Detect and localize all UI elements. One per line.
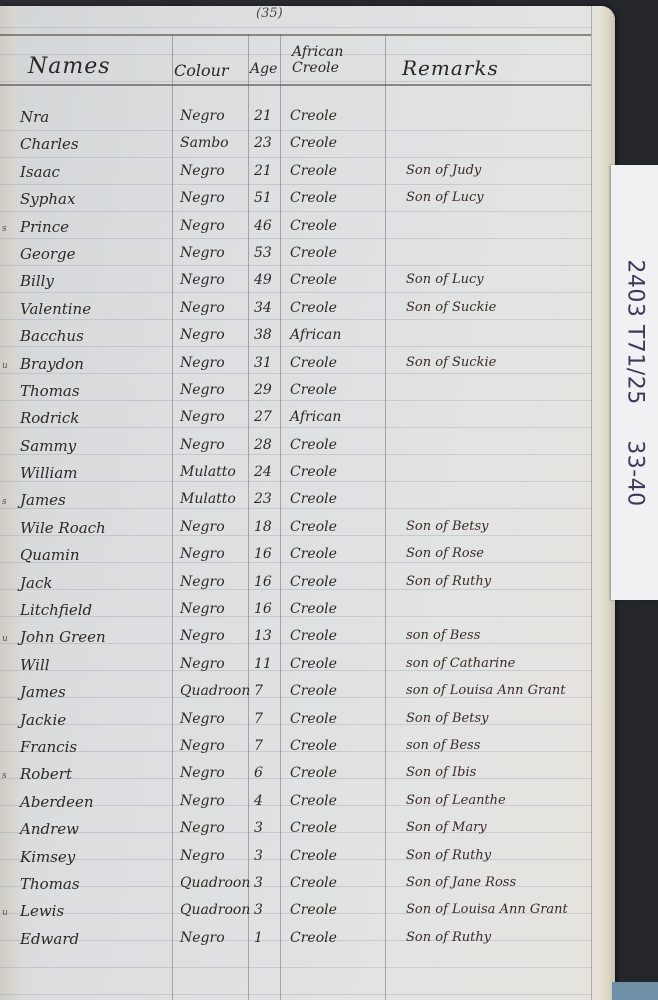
- name-cell: Rodrick: [20, 409, 79, 427]
- age-cell: 28: [254, 437, 272, 453]
- origin-cell: Creole: [290, 848, 337, 864]
- table-row: EdwardNegro1CreoleSon of Ruthy: [0, 926, 600, 953]
- name-cell: John Green: [20, 628, 106, 646]
- name-cell: Bacchus: [20, 327, 84, 345]
- origin-cell: Creole: [290, 163, 337, 179]
- origin-cell: Creole: [290, 300, 337, 316]
- table-row: NraNegro21Creole: [0, 104, 600, 131]
- colour-cell: Negro: [180, 793, 225, 809]
- name-cell: Charles: [20, 135, 79, 153]
- table-row: BacchusNegro38African: [0, 323, 600, 350]
- table-row: AndrewNegro3CreoleSon of Mary: [0, 816, 600, 843]
- name-cell: Prince: [20, 218, 69, 236]
- table-row: ThomasQuadroon3CreoleSon of Jane Ross: [0, 871, 600, 898]
- age-cell: 16: [254, 601, 272, 617]
- table-row: WillNegro11Creoleson of Catharine: [0, 652, 600, 679]
- remarks-cell: Son of Jane Ross: [406, 875, 516, 890]
- age-cell: 38: [254, 327, 272, 343]
- age-cell: 3: [254, 848, 263, 864]
- age-cell: 24: [254, 464, 272, 480]
- register-rows: NraNegro21CreoleCharlesSambo23CreoleIsaa…: [0, 104, 600, 953]
- table-row: GeorgeNegro53Creole: [0, 241, 600, 268]
- name-cell: Billy: [20, 272, 54, 290]
- colour-cell: Negro: [180, 382, 225, 398]
- margin-mark: u: [2, 361, 8, 371]
- remarks-cell: Son of Suckie: [406, 300, 496, 315]
- name-cell: Robert: [20, 765, 72, 783]
- remarks-cell: son of Bess: [406, 628, 480, 643]
- table-row: KimseyNegro3CreoleSon of Ruthy: [0, 844, 600, 871]
- origin-cell: Creole: [290, 902, 337, 918]
- age-cell: 31: [254, 355, 272, 371]
- origin-cell: Creole: [290, 738, 337, 754]
- name-cell: Thomas: [20, 875, 80, 893]
- table-row: sJamesMulatto23Creole: [0, 487, 600, 514]
- remarks-cell: Son of Ibis: [406, 765, 476, 780]
- age-cell: 7: [254, 738, 263, 754]
- colour-cell: Negro: [180, 409, 225, 425]
- colour-cell: Negro: [180, 300, 225, 316]
- origin-cell: Creole: [290, 437, 337, 453]
- table-row: ThomasNegro29Creole: [0, 378, 600, 405]
- remarks-cell: son of Bess: [406, 738, 480, 753]
- remarks-cell: Son of Mary: [406, 820, 487, 835]
- age-cell: 27: [254, 409, 272, 425]
- origin-cell: Creole: [290, 355, 337, 371]
- margin-mark: s: [2, 771, 7, 781]
- remarks-cell: Son of Rose: [406, 546, 484, 561]
- age-cell: 16: [254, 574, 272, 590]
- name-cell: George: [20, 245, 76, 263]
- archive-reference-text: 2403 T71/25 33-40: [622, 259, 647, 506]
- age-cell: 51: [254, 190, 272, 206]
- colour-cell: Negro: [180, 218, 225, 234]
- name-cell: Edward: [20, 930, 79, 948]
- table-row: uJohn GreenNegro13Creoleson of Bess: [0, 624, 600, 651]
- colour-cell: Negro: [180, 546, 225, 562]
- colour-cell: Negro: [180, 820, 225, 836]
- name-cell: Lewis: [20, 902, 64, 920]
- table-row: SyphaxNegro51CreoleSon of Lucy: [0, 186, 600, 213]
- age-cell: 23: [254, 491, 272, 507]
- origin-cell: Creole: [290, 218, 337, 234]
- colour-cell: Negro: [180, 519, 225, 535]
- header-origin: African Creole: [292, 44, 343, 76]
- age-cell: 18: [254, 519, 272, 535]
- margin-mark: s: [2, 224, 7, 234]
- origin-cell: Creole: [290, 656, 337, 672]
- name-cell: Aberdeen: [20, 793, 94, 811]
- archive-catalogue-number: 2403 T71/25: [622, 259, 647, 404]
- table-row: JackieNegro7CreoleSon of Betsy: [0, 707, 600, 734]
- age-cell: 7: [254, 683, 263, 699]
- origin-cell: Creole: [290, 546, 337, 562]
- age-cell: 3: [254, 902, 263, 918]
- table-row: LitchfieldNegro16Creole: [0, 597, 600, 624]
- archive-page-range: 33-40: [622, 440, 647, 506]
- table-row: BillyNegro49CreoleSon of Lucy: [0, 268, 600, 295]
- table-row: FrancisNegro7Creoleson of Bess: [0, 734, 600, 761]
- age-cell: 7: [254, 711, 263, 727]
- origin-cell: Creole: [290, 491, 337, 507]
- origin-cell: Creole: [290, 601, 337, 617]
- origin-cell: Creole: [290, 628, 337, 644]
- remarks-cell: Son of Ruthy: [406, 930, 491, 945]
- origin-cell: African: [290, 409, 341, 425]
- table-row: uLewisQuadroon3CreoleSon of Louisa Ann G…: [0, 898, 600, 925]
- header-rule-bottom: [0, 84, 591, 86]
- colour-cell: Negro: [180, 765, 225, 781]
- age-cell: 49: [254, 272, 272, 288]
- table-row: sPrinceNegro46Creole: [0, 214, 600, 241]
- name-cell: Will: [20, 656, 50, 674]
- colour-cell: Negro: [180, 272, 225, 288]
- colour-cell: Negro: [180, 355, 225, 371]
- table-row: QuaminNegro16CreoleSon of Rose: [0, 542, 600, 569]
- age-cell: 16: [254, 546, 272, 562]
- origin-cell: Creole: [290, 930, 337, 946]
- colour-cell: Negro: [180, 327, 225, 343]
- colour-cell: Sambo: [180, 135, 229, 151]
- origin-cell: Creole: [290, 245, 337, 261]
- colour-cell: Quadroon: [180, 875, 250, 891]
- age-cell: 34: [254, 300, 272, 316]
- table-row: ValentineNegro34CreoleSon of Suckie: [0, 296, 600, 323]
- age-cell: 29: [254, 382, 272, 398]
- header-rule-top: [0, 34, 591, 36]
- colour-cell: Negro: [180, 108, 225, 124]
- header-origin-african: African: [292, 44, 343, 60]
- colour-cell: Negro: [180, 930, 225, 946]
- colour-cell: Negro: [180, 163, 225, 179]
- age-cell: 11: [254, 656, 272, 672]
- table-row: JackNegro16CreoleSon of Ruthy: [0, 570, 600, 597]
- remarks-cell: Son of Judy: [406, 163, 481, 178]
- page-number: (35): [256, 6, 283, 21]
- remarks-cell: Son of Lucy: [406, 190, 484, 205]
- origin-cell: Creole: [290, 765, 337, 781]
- origin-cell: Creole: [290, 875, 337, 891]
- age-cell: 3: [254, 820, 263, 836]
- name-cell: Syphax: [20, 190, 75, 208]
- remarks-cell: Son of Louisa Ann Grant: [406, 902, 568, 917]
- name-cell: Braydon: [20, 355, 84, 373]
- age-cell: 46: [254, 218, 272, 234]
- origin-cell: Creole: [290, 519, 337, 535]
- archive-reference-label: 2403 T71/25 33-40: [611, 165, 658, 600]
- origin-cell: Creole: [290, 190, 337, 206]
- age-cell: 6: [254, 765, 263, 781]
- remarks-cell: Son of Lucy: [406, 272, 484, 287]
- colour-cell: Negro: [180, 711, 225, 727]
- origin-cell: Creole: [290, 464, 337, 480]
- table-row: SammyNegro28Creole: [0, 433, 600, 460]
- origin-cell: Creole: [290, 793, 337, 809]
- table-row: uBraydonNegro31CreoleSon of Suckie: [0, 351, 600, 378]
- colour-cell: Negro: [180, 628, 225, 644]
- name-cell: Valentine: [20, 300, 91, 318]
- colour-cell: Mulatto: [180, 464, 236, 480]
- background-strip: [612, 982, 658, 1000]
- origin-cell: Creole: [290, 382, 337, 398]
- age-cell: 4: [254, 793, 263, 809]
- origin-cell: Creole: [290, 135, 337, 151]
- header-colour: Colour: [174, 61, 229, 80]
- colour-cell: Negro: [180, 601, 225, 617]
- age-cell: 13: [254, 628, 272, 644]
- name-cell: Jackie: [20, 711, 66, 729]
- remarks-cell: Son of Leanthe: [406, 793, 506, 808]
- colour-cell: Negro: [180, 848, 225, 864]
- name-cell: James: [20, 491, 66, 509]
- name-cell: Andrew: [20, 820, 79, 838]
- name-cell: Wile Roach: [20, 519, 106, 537]
- age-cell: 21: [254, 163, 272, 179]
- origin-cell: Creole: [290, 272, 337, 288]
- origin-cell: African: [290, 327, 341, 343]
- age-cell: 23: [254, 135, 272, 151]
- origin-cell: Creole: [290, 574, 337, 590]
- table-row: AberdeenNegro4CreoleSon of Leanthe: [0, 789, 600, 816]
- colour-cell: Negro: [180, 656, 225, 672]
- table-row: Wile RoachNegro18CreoleSon of Betsy: [0, 515, 600, 542]
- margin-mark: s: [2, 497, 7, 507]
- name-cell: Jack: [20, 574, 52, 592]
- colour-cell: Negro: [180, 738, 225, 754]
- name-cell: Sammy: [20, 437, 76, 455]
- header-origin-creole: Creole: [292, 60, 343, 76]
- table-row: sRobertNegro6CreoleSon of Ibis: [0, 761, 600, 788]
- table-row: WilliamMulatto24Creole: [0, 460, 600, 487]
- table-row: CharlesSambo23Creole: [0, 131, 600, 158]
- table-row: RodrickNegro27African: [0, 405, 600, 432]
- age-cell: 21: [254, 108, 272, 124]
- colour-cell: Quadroon: [180, 683, 250, 699]
- origin-cell: Creole: [290, 820, 337, 836]
- name-cell: Thomas: [20, 382, 80, 400]
- colour-cell: Quadroon: [180, 902, 250, 918]
- name-cell: Kimsey: [20, 848, 75, 866]
- name-cell: Isaac: [20, 163, 60, 181]
- age-cell: 3: [254, 875, 263, 891]
- remarks-cell: son of Louisa Ann Grant: [406, 683, 566, 698]
- margin-mark: u: [2, 908, 8, 918]
- remarks-cell: son of Catharine: [406, 656, 515, 671]
- header-remarks: Remarks: [402, 56, 499, 80]
- table-row: JamesQuadroon7Creoleson of Louisa Ann Gr…: [0, 679, 600, 706]
- remarks-cell: Son of Betsy: [406, 519, 489, 534]
- colour-cell: Negro: [180, 245, 225, 261]
- remarks-cell: Son of Ruthy: [406, 848, 491, 863]
- register-page: (35) Names Colour Age African Creole Rem…: [0, 6, 615, 1000]
- remarks-cell: Son of Ruthy: [406, 574, 491, 589]
- name-cell: Quamin: [20, 546, 80, 564]
- name-cell: Francis: [20, 738, 77, 756]
- name-cell: Nra: [20, 108, 49, 126]
- remarks-cell: Son of Suckie: [406, 355, 496, 370]
- age-cell: 53: [254, 245, 272, 261]
- age-cell: 1: [254, 930, 263, 946]
- table-row: IsaacNegro21CreoleSon of Judy: [0, 159, 600, 186]
- colour-cell: Negro: [180, 437, 225, 453]
- name-cell: Litchfield: [20, 601, 92, 619]
- colour-cell: Mulatto: [180, 491, 236, 507]
- name-cell: William: [20, 464, 78, 482]
- origin-cell: Creole: [290, 108, 337, 124]
- margin-mark: u: [2, 634, 8, 644]
- origin-cell: Creole: [290, 711, 337, 727]
- origin-cell: Creole: [290, 683, 337, 699]
- header-age: Age: [250, 61, 277, 77]
- colour-cell: Negro: [180, 190, 225, 206]
- name-cell: James: [20, 683, 66, 701]
- remarks-cell: Son of Betsy: [406, 711, 489, 726]
- header-names: Names: [28, 54, 111, 79]
- colour-cell: Negro: [180, 574, 225, 590]
